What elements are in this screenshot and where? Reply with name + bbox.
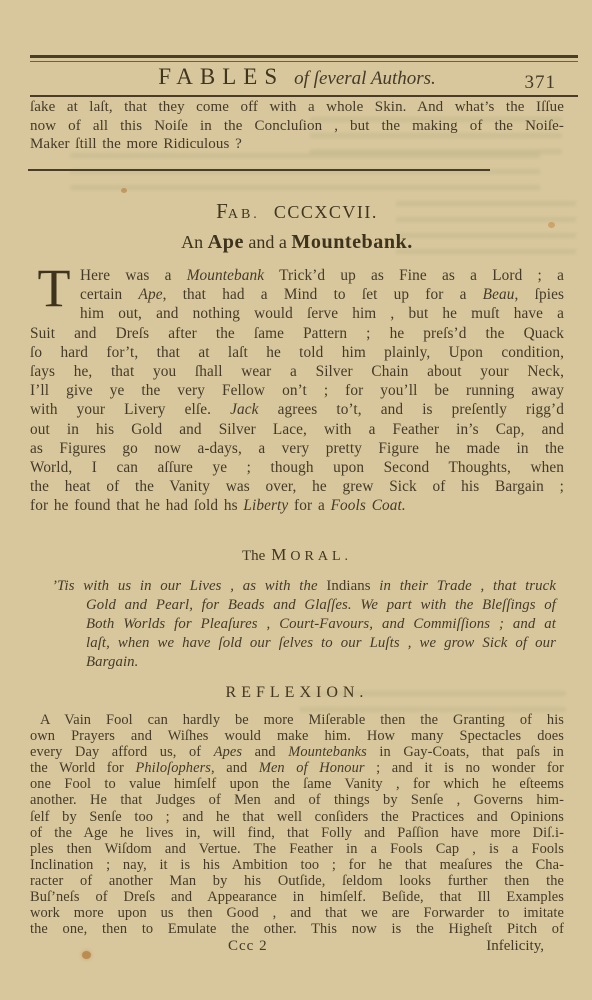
styled-word: Liberty	[243, 497, 288, 514]
text-line: the heat of the Vanity was over, he grew…	[30, 477, 564, 496]
foxing-spot	[548, 222, 555, 228]
text-line: ples then Wiſdom and Vertue. The Feather…	[30, 841, 564, 857]
book-title-italic: of ſeveral Authors.	[294, 68, 436, 89]
text-line: now of all this Noiſe in the Concluſion …	[30, 117, 564, 136]
page-number: 371	[525, 72, 557, 94]
moral-heading-rest: ORAL.	[290, 549, 352, 564]
text-line: as Figures go now a-days, a very pretty …	[30, 439, 564, 458]
styled-word: Fools Coat.	[331, 497, 406, 514]
text-line: another. He that Judges of Men and of th…	[30, 792, 564, 808]
text-line: own Prayers and Wiſhes would make him. H…	[30, 728, 564, 744]
text-line: with your Livery elſe. Jack agrees to’t,…	[30, 400, 564, 419]
blackletter-word: Mountebank.	[291, 231, 412, 253]
running-header: FABLES of ſeveral Authors.	[30, 64, 564, 90]
styled-word: Beau	[483, 286, 515, 303]
foxing-spot	[121, 188, 127, 193]
styled-word: Apes	[214, 744, 242, 760]
text-line: I’ll give ye the very Fellow on’t ; for …	[30, 381, 564, 400]
text-line: racter of another Man by his Outſide, ſe…	[30, 873, 564, 889]
reflexion-paragraph: A Vain Fool can hardly be more Miſerable…	[30, 712, 564, 937]
intro-paragraph: ſake at laſt, that they come off with a …	[30, 98, 564, 154]
moral-heading: TheMORAL.	[30, 545, 564, 565]
text-line: for he found that he had ſold hs Liberty…	[30, 496, 564, 515]
signature-mark: Ccc 2	[228, 938, 268, 955]
text-line: laſt, when we have ſold our ſelves to ou…	[42, 634, 556, 653]
text-line: Gold and Pearl, for Beads and Glaſſes. W…	[42, 596, 556, 615]
styled-word: Mountebanks	[288, 744, 367, 760]
catchword: Infelicity,	[486, 938, 544, 955]
styled-word: Men of Honour	[259, 760, 365, 776]
blackletter-word: Ape	[208, 231, 244, 253]
fable-paragraph: T Here was a Mountebank Trick’d up as Fi…	[30, 266, 564, 516]
text-line: Maker ſtill the more Ridiculous ?	[30, 135, 564, 154]
styled-word: Ape	[139, 286, 163, 303]
text-line: Here was a Mountebank Trick’d up as Fine…	[30, 266, 564, 285]
book-page-scan: FABLES of ſeveral Authors. 371 ſake at l…	[0, 0, 592, 1000]
fable-title: An Ape and a Mountebank.	[30, 231, 564, 254]
text-line: ſelf by Senſe too ; and he that well con…	[30, 809, 564, 825]
fable-roman-numeral: CCCXCVII.	[274, 202, 378, 222]
text-line: Bargain.	[42, 653, 556, 672]
moral-paragraph: ’Tis with us in our Lives , as with the …	[42, 577, 556, 672]
text-line: A Vain Fool can hardly be more Miſerable…	[30, 712, 564, 728]
text-line: ’Tis with us in our Lives , as with the …	[42, 577, 556, 596]
text-line: the World for Philoſophers, and Men of H…	[30, 760, 564, 776]
foxing-spot	[82, 951, 91, 959]
text-line: Buſ’neſs of Dreſs and Appearance in himſ…	[30, 889, 564, 905]
text-line: the one, then to Emulate the other. This…	[30, 921, 564, 937]
text-line: Inclination ; nay, it is his Ambition to…	[30, 857, 564, 873]
text-line: certain Ape, that had a Mind to ſet up f…	[30, 285, 564, 304]
text-line: Both Worlds for Pleaſures , Court-Favour…	[42, 615, 556, 634]
section-divider-rule	[28, 169, 490, 171]
text-line: out in his Gold and Silver Lace, with a …	[30, 420, 564, 439]
text-line: of the Age he lives in, will find, that …	[30, 825, 564, 841]
top-rule-thin	[30, 61, 578, 62]
text-line: one Fool to value himſelf upon the ſame …	[30, 776, 564, 792]
styled-word: Mountebank	[187, 267, 264, 284]
text-line: ſake at laſt, that they come off with a …	[30, 98, 564, 117]
text-line: work more upon us then Good , and that w…	[30, 905, 564, 921]
dropcap-letter: T	[34, 267, 74, 305]
reflexion-heading: REFLEXION.	[30, 684, 564, 702]
moral-heading-initial: M	[271, 545, 290, 564]
header-rule	[30, 95, 578, 97]
styled-word: Jack	[230, 401, 258, 418]
text-line: ſays he, that you ſhall wear a Silver Ch…	[30, 362, 564, 381]
text-line: every Day afford us, of Apes and Mounteb…	[30, 744, 564, 760]
book-title-caps: FABLES	[158, 64, 284, 89]
text-line: Suit and Dreſs after the ſame Pattern ; …	[30, 324, 564, 343]
top-rule-thick	[30, 55, 578, 58]
text-line: him out, and nothing would ſerve him , b…	[30, 304, 564, 323]
moral-heading-prefix: The	[242, 548, 265, 564]
text-line: World, I can aſſure ye ; though upon Sec…	[30, 458, 564, 477]
styled-word: Indians	[326, 578, 370, 594]
fable-label-initial: F	[216, 199, 228, 223]
fable-number-heading: FAB.CCCXCVII.	[30, 199, 564, 224]
fable-label-rest: AB.	[228, 207, 260, 222]
verso-bleedthrough	[70, 148, 540, 196]
styled-word: Philoſophers	[135, 760, 211, 776]
text-line: ſo hard for’t, that at laſt he told him …	[30, 343, 564, 362]
